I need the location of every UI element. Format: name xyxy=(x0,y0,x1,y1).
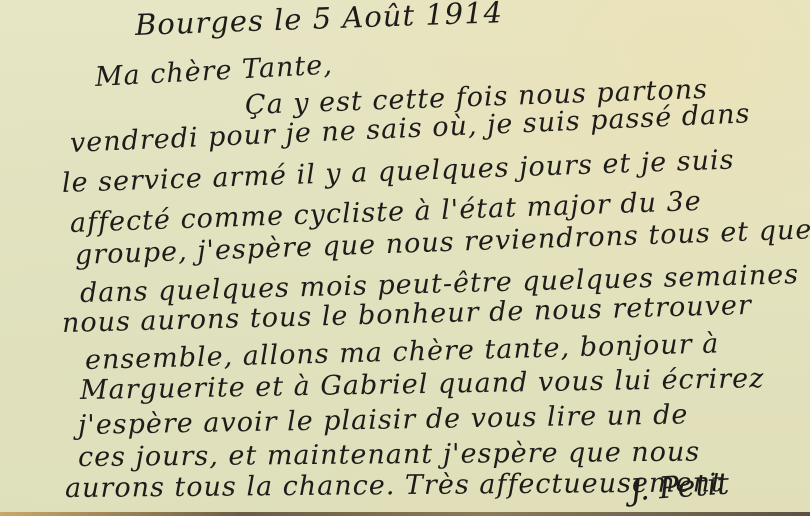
body-line-10: j'espère avoir le plaisir de vous lire u… xyxy=(78,399,689,441)
salutation: Ma chère Tante, xyxy=(94,50,333,93)
letter-card: Bourges le 5 Août 1914 Ma chère Tante, Ç… xyxy=(0,0,810,516)
place-date-header: Bourges le 5 Août 1914 xyxy=(134,0,503,42)
signature: J. Petit xyxy=(629,467,730,509)
body-line-12: aurons tous la chance. Très affectueusem… xyxy=(65,467,723,504)
